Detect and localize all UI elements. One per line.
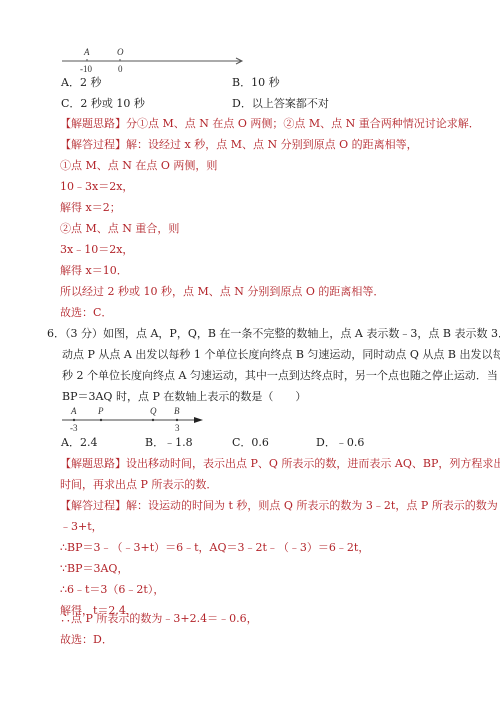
q5-option-a: A．2 秒 <box>61 76 101 90</box>
solution-text: 解：设运动的时间为 t 秒，则点 Q 所表示的数为 3﹣2t，点 P 所表示的数… <box>126 499 498 512</box>
point-b-value: 3 <box>175 423 180 433</box>
solution-label: 【解答过程】 <box>60 138 126 151</box>
q6-solution-line-1: 【解答过程】解：设运动的时间为 t 秒，则点 Q 所表示的数为 3﹣2t，点 P… <box>60 499 498 513</box>
q6-option-c: C．0.6 <box>232 436 269 450</box>
q6-stem-line-2: 动点 P 从点 A 出发以每秒 1 个单位长度向终点 B 匀速运动，同时动点 Q… <box>62 348 500 362</box>
q6-solution-line-8: 故选：D． <box>60 633 113 647</box>
q6-number-line: A P Q B -3 3 <box>60 405 210 435</box>
q6-analysis-line-1: 【解题思路】设出移动时间，表示出点 P、Q 所表示的数，进而表示 AQ、BP，列… <box>60 457 500 471</box>
point-q-label: Q <box>150 406 157 416</box>
q5-number-line: A O -10 0 <box>60 50 250 78</box>
q6-option-b: B．﹣1.8 <box>145 436 193 450</box>
point-a-label: A <box>84 47 90 57</box>
analysis-label: 【解题思路】 <box>60 117 126 130</box>
q5-analysis: 【解题思路】分①点 M、点 N 在点 O 两侧；②点 M、点 N 重合两种情况讨… <box>60 117 480 131</box>
q5-solution-line-9: 故选：C． <box>60 306 112 320</box>
q5-solution-line-7: 解得 x＝10． <box>60 264 128 278</box>
point-o-value: 0 <box>118 64 123 74</box>
point-p-label: P <box>98 406 104 416</box>
analysis-text: 分①点 M、点 N 在点 O 两侧；②点 M、点 N 重合两种情况讨论求解． <box>126 117 480 130</box>
q5-option-c: C．2 秒或 10 秒 <box>61 97 145 111</box>
q6-option-a: A．2.4 <box>61 436 97 450</box>
q5-solution-line-3: 10﹣3x＝2x， <box>60 180 133 194</box>
point-o-label: O <box>117 47 124 57</box>
q5-solution-line-5: ②点 M、点 N 重合，则 <box>60 222 179 236</box>
q5-option-b: B．10 秒 <box>232 76 280 90</box>
q6-solution-line-2: ﹣3+t， <box>60 520 103 534</box>
q6-solution-line-3: ∴BP＝3﹣（﹣3+t）＝6﹣t，AQ＝3﹣2t﹣（﹣3）＝6﹣2t， <box>60 541 369 555</box>
q5-solution-line-6: 3x﹣10＝2x， <box>60 243 133 257</box>
solution-text: 解：设经过 x 秒，点 M、点 N 分别到原点 O 的距离相等， <box>126 138 418 151</box>
point-a-value: -3 <box>70 423 78 433</box>
q6-stem-line-1: 6．（3 分）如图，点 A，P，Q，B 在一条不完整的数轴上，点 A 表示数﹣3… <box>47 327 500 341</box>
number-line-axis <box>60 405 210 435</box>
q5-solution-line-2: ①点 M、点 N 在点 O 两侧，则 <box>60 159 217 173</box>
q6-stem-line-3: 秒 2 个单位长度向终点 A 匀速运动，其中一点到达终点时，另一个点也随之停止运… <box>62 369 498 383</box>
solution-label: 【解答过程】 <box>60 499 126 512</box>
point-b-label: B <box>174 406 180 416</box>
worksheet-page: A O -10 0 A．2 秒 B．10 秒 C．2 秒或 10 秒 D．以上答… <box>0 0 500 707</box>
q6-solution-line-4: ∵BP＝3AQ， <box>60 562 128 576</box>
q6-stem-line-4: BP＝3AQ 时，点 P 在数轴上表示的数是（ ） <box>62 390 306 404</box>
q6-solution-line-5: ∴6﹣t＝3（6﹣2t）， <box>60 583 164 597</box>
analysis-text: 设出移动时间，表示出点 P、Q 所表示的数，进而表示 AQ、BP，列方程求出 <box>126 457 500 470</box>
analysis-label: 【解题思路】 <box>60 457 126 470</box>
point-a-value: -10 <box>80 64 92 74</box>
q5-solution-line-8: 所以经过 2 秒或 10 秒，点 M、点 N 分别到原点 O 的距离相等． <box>60 285 384 299</box>
q6-option-d: D．﹣0.6 <box>316 436 364 450</box>
q6-analysis-line-2: 时间，再求出点 P 所表示的数． <box>60 478 217 492</box>
q6-solution-line-7: ∴点 P 所表示的数为﹣3+2.4＝﹣0.6， <box>60 612 258 626</box>
q5-solution-line-4: 解得 x＝2； <box>60 201 121 215</box>
point-a-label: A <box>71 406 77 416</box>
q5-option-d: D．以上答案都不对 <box>232 97 329 111</box>
q5-solution-line-1: 【解答过程】解：设经过 x 秒，点 M、点 N 分别到原点 O 的距离相等， <box>60 138 418 152</box>
